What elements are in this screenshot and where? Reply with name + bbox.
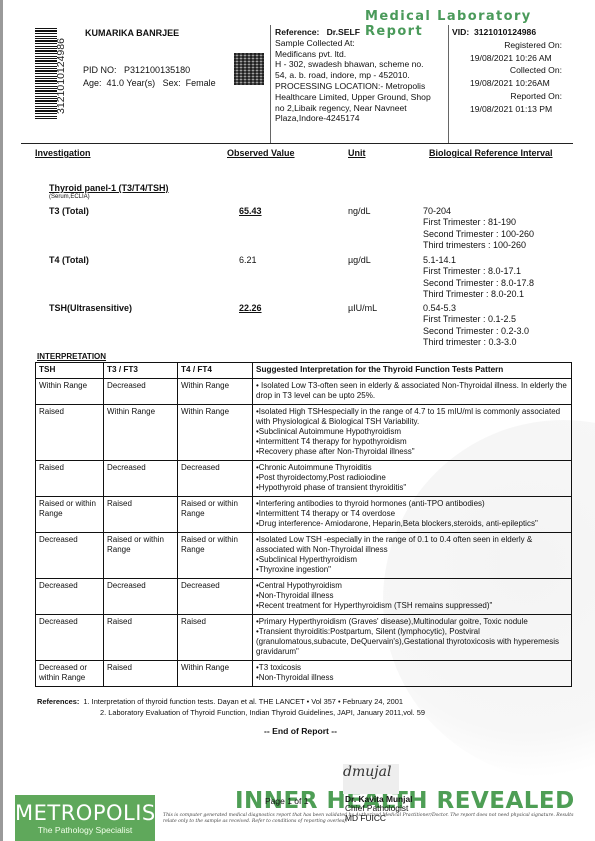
brand-tagline: The Pathology Specialist — [15, 825, 155, 835]
reported-label: Reported On: — [452, 91, 592, 102]
suggestion-line: •Hypothyroid phase of transient thyroidi… — [256, 483, 569, 493]
patient-pid: PID NO: P312100135180 — [83, 65, 190, 75]
reference-line: Third trimester : 0.3-3.0 — [423, 337, 529, 348]
vid: VID: 3121010124986 — [452, 27, 592, 38]
suggestion-line: •Recent treatment for Hyperthyroidism (T… — [256, 601, 569, 611]
table-row: Raised or within RangeRaisedRaised or wi… — [36, 497, 572, 533]
cell-t3: Decreased — [104, 379, 178, 405]
patient-name: KUMARIKA BANRJEE — [85, 28, 179, 38]
col-observed: Observed Value — [227, 148, 295, 158]
cell-t3: Raised — [104, 497, 178, 533]
test-unit: µIU/mL — [348, 303, 377, 313]
test-name: TSH(Ultrasensitive) — [49, 303, 132, 313]
cell-suggestion: •Interfering antibodies to thyroid hormo… — [253, 497, 572, 533]
test-unit: µg/dL — [348, 255, 371, 265]
cell-suggestion: •Isolated High TSHespecially in the rang… — [253, 405, 572, 461]
reported-value: 19/08/2021 01:13 PM — [452, 104, 592, 115]
age-label: Age: — [83, 78, 102, 88]
cell-tsh: Decreased — [36, 615, 104, 661]
cell-t4: Within Range — [178, 405, 253, 461]
cell-suggestion: •Chronic Autoimmune Thyroiditis•Post thy… — [253, 461, 572, 497]
page-number: Page 1 of 1 — [265, 796, 308, 806]
cell-t4: Raised or within Range — [178, 533, 253, 579]
cell-t3: Within Range — [104, 405, 178, 461]
table-row: DecreasedRaisedRaised•Primary Hyperthyro… — [36, 615, 572, 661]
test-name: T4 (Total) — [49, 255, 89, 265]
cell-t3: Raised — [104, 615, 178, 661]
suggestion-line: •Drug interference- Amiodarone, Heparin,… — [256, 519, 569, 529]
table-row: DecreasedDecreasedDecreased•Central Hypo… — [36, 579, 572, 615]
suggestion-line: •Post thyroidectomy,Post radioiodine — [256, 473, 569, 483]
suggestion-line: •Subclinical Hyperthyroidism — [256, 555, 569, 565]
test-name: T3 (Total) — [49, 206, 89, 216]
suggestion-line: •Isolated High TSHespecially in the rang… — [256, 407, 569, 427]
header-t3: T3 / FT3 — [104, 363, 178, 379]
col-investigation: Investigation — [35, 148, 91, 158]
test-value: 22.26 — [239, 303, 262, 313]
suggestion-line: •Non-Thyroidal illness — [256, 673, 569, 683]
cell-suggestion: •Central Hypothyroidism•Non-Thyroidal il… — [253, 579, 572, 615]
test-reference-interval: 0.54-5.3First Trimester : 0.1-2.5Second … — [423, 303, 529, 349]
cell-t4: Within Range — [178, 661, 253, 687]
vid-label: VID: — [452, 27, 469, 37]
header-tsh: TSH — [36, 363, 104, 379]
reference-line: Healthcare Limited, Upper Ground, Shop — [275, 92, 453, 103]
registered-value: 19/08/2021 10:26 AM — [452, 53, 592, 64]
suggestion-line: •Interfering antibodies to thyroid hormo… — [256, 499, 569, 509]
cell-tsh: Decreased — [36, 579, 104, 615]
suggestion-line: •Non-Thyroidal illness — [256, 591, 569, 601]
metropolis-logo: METROPOLIS The Pathology Specialist — [15, 795, 155, 841]
cell-tsh: Raised — [36, 405, 104, 461]
suggestion-line: •Thyroxine ingestion" — [256, 565, 569, 575]
header-t4: T4 / FT4 — [178, 363, 253, 379]
suggestion-line: •Central Hypothyroidism — [256, 581, 569, 591]
cell-suggestion: •Isolated Low TSH -especially in the ran… — [253, 533, 572, 579]
table-row: RaisedDecreasedDecreased•Chronic Autoimm… — [36, 461, 572, 497]
reference-line: Third Trimester : 8.0-20.1 — [423, 289, 534, 300]
suggestion-line: •Intermittent T4 therapy for hypothyroid… — [256, 437, 569, 447]
patient-age-sex: Age: 41.0 Year(s) Sex: Female — [83, 78, 216, 88]
cell-suggestion: •T3 toxicosis•Non-Thyroidal illness — [253, 661, 572, 687]
collected-label: Collected On: — [452, 65, 592, 76]
cell-t4: Within Range — [178, 379, 253, 405]
age-value: 41.0 Year(s) — [107, 78, 156, 88]
cell-suggestion: • Isolated Low T3-often seen in elderly … — [253, 379, 572, 405]
cell-t3: Raised — [104, 661, 178, 687]
test-value: 6.21 — [239, 255, 257, 265]
cell-tsh: Decreased — [36, 533, 104, 579]
cell-suggestion: •Primary Hyperthyroidism (Graves' diseas… — [253, 615, 572, 661]
references: References: 1. Interpretation of thyroid… — [37, 696, 425, 718]
reference-line: no 2,Libaik regency, Near Navneet — [275, 103, 453, 114]
cell-tsh: Decreased or within Range — [36, 661, 104, 687]
cell-t4: Decreased — [178, 461, 253, 497]
pid-value: P312100135180 — [124, 65, 190, 75]
pid-label: PID NO: — [83, 65, 117, 75]
cell-t4: Decreased — [178, 579, 253, 615]
cell-t4: Raised or within Range — [178, 497, 253, 533]
reference-block: Reference: Dr.SELF Sample Collected At: … — [275, 27, 453, 124]
reference-line: 54, a. b. road, indore, mp - 452010. — [275, 70, 453, 81]
cell-tsh: Within Range — [36, 379, 104, 405]
cell-tsh: Raised — [36, 461, 104, 497]
test-unit: ng/dL — [348, 206, 371, 216]
barcode — [35, 28, 57, 120]
cell-tsh: Raised or within Range — [36, 497, 104, 533]
visit-block: VID: 3121010124986 Registered On: 19/08/… — [452, 27, 592, 115]
suggestion-line: •Transient thyroiditis:Postpartum, Silen… — [256, 627, 569, 657]
sex-value: Female — [186, 78, 216, 88]
test-reference-interval: 70-204First Trimester : 81-190Second Tri… — [423, 206, 534, 252]
barcode-number: 3121010124986 — [55, 31, 67, 121]
suggestion-line: •Primary Hyperthyroidism (Graves' diseas… — [256, 617, 569, 627]
collected-value: 19/08/2021 10:26AM — [452, 78, 592, 89]
suggestion-line: •Subclinical Autoimmune Hypothyroidism — [256, 427, 569, 437]
interpretation-table: TSH T3 / FT3 T4 / FT4 Suggested Interpre… — [35, 362, 572, 687]
references-label: References: — [37, 697, 79, 706]
reference-line: Plaza,Indore-4245174 — [275, 113, 453, 124]
reference-doctor: Dr.SELF — [327, 27, 360, 37]
header-suggestion: Suggested Interpretation for the Thyroid… — [253, 363, 572, 379]
reference-line: First Trimester : 81-190 — [423, 217, 534, 228]
cell-t3: Decreased — [104, 461, 178, 497]
interpretation-header-row: TSH T3 / FT3 T4 / FT4 Suggested Interpre… — [36, 363, 572, 379]
reference-line: Second Trimester : 8.0-17.8 — [423, 278, 534, 289]
col-reference: Biological Reference Interval — [429, 148, 553, 158]
vid-value: 3121010124986 — [474, 27, 536, 37]
suggestion-line: • Isolated Low T3-often seen in elderly … — [256, 381, 569, 401]
end-of-report: -- End of Report -- — [3, 726, 595, 736]
suggestion-line: •Chronic Autoimmune Thyroiditis — [256, 463, 569, 473]
panel-title: Thyroid panel-1 (T3/T4/TSH) — [49, 183, 169, 193]
reference-line: Second Trimester : 100-260 — [423, 229, 534, 240]
reference-heading: Reference: Dr.SELF — [275, 27, 453, 38]
reference-label: Reference: — [275, 27, 319, 37]
col-unit: Unit — [348, 148, 366, 158]
disclaimer: This is computer generated medical diagn… — [163, 813, 588, 825]
qr-code-icon — [234, 53, 264, 85]
reference-item-text: 1. Interpretation of thyroid function te… — [83, 697, 403, 706]
reference-line: Sample Collected At: — [275, 38, 453, 49]
reference-line: Medificans pvt. ltd. — [275, 49, 453, 60]
test-value: 65.43 — [239, 206, 262, 216]
reference-line: 0.54-5.3 — [423, 303, 529, 314]
reference-line: First Trimester : 0.1-2.5 — [423, 314, 529, 325]
reference-line: 5.1-14.1 — [423, 255, 534, 266]
reference-line: First Trimester : 8.0-17.1 — [423, 266, 534, 277]
suggestion-line: •T3 toxicosis — [256, 663, 569, 673]
header-divider-1 — [270, 25, 271, 143]
table-row: Within RangeDecreasedWithin Range• Isola… — [36, 379, 572, 405]
suggestion-line: •Isolated Low TSH -especially in the ran… — [256, 535, 569, 555]
registered-label: Registered On: — [452, 40, 592, 51]
brand-name: METROPOLIS — [15, 801, 155, 825]
reference-line: H - 302, swadesh bhawan, scheme no. — [275, 59, 453, 70]
interpretation-label: INTERPRETATION — [37, 352, 106, 361]
cell-t3: Raised or within Range — [104, 533, 178, 579]
sex-label: Sex: — [163, 78, 181, 88]
table-row: RaisedWithin RangeWithin Range•Isolated … — [36, 405, 572, 461]
reference-item: References: 1. Interpretation of thyroid… — [37, 696, 425, 707]
suggestion-line: •Recovery phase after Non-Thyroidal illn… — [256, 447, 569, 457]
table-row: DecreasedRaised or within RangeRaised or… — [36, 533, 572, 579]
cell-t3: Decreased — [104, 579, 178, 615]
reference-line: 70-204 — [423, 206, 534, 217]
test-reference-interval: 5.1-14.1First Trimester : 8.0-17.1Second… — [423, 255, 534, 301]
header-rule — [21, 143, 573, 144]
panel-specimen: (Serum,ECLIA) — [49, 194, 90, 200]
signature-image: dmujal — [343, 764, 399, 794]
reference-item: 2. Laboratory Evaluation of Thyroid Func… — [37, 707, 425, 718]
cell-t4: Raised — [178, 615, 253, 661]
reference-line: PROCESSING LOCATION:- Metropolis — [275, 81, 453, 92]
reference-line: Second Trimester : 0.2-3.0 — [423, 326, 529, 337]
reference-line: Third trimesters : 100-260 — [423, 240, 534, 251]
suggestion-line: •Intermittent T4 therapy or T4 overdose — [256, 509, 569, 519]
table-row: Decreased or within RangeRaisedWithin Ra… — [36, 661, 572, 687]
